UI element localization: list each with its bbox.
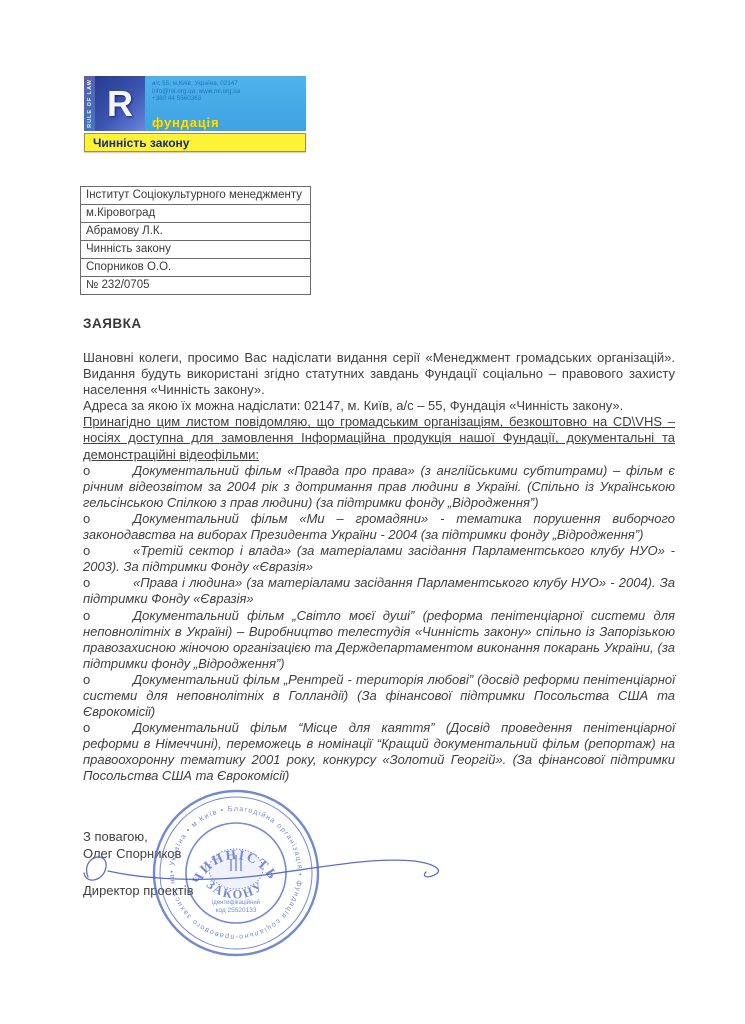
contact-line: +380 44 5560363 [152,95,306,103]
recipient-row-sender-org: Чинність закону [81,241,310,259]
bullet-item: o«Третій сектор і влада» (за матеріалами… [83,543,675,575]
rule-of-law-strip: RULE OF LAW [84,76,95,131]
bullet-text: «Третій сектор і влада» (за матеріалами … [83,543,675,574]
bullet-marker: o [83,672,133,688]
recipient-row-sender-name: Спорников О.О. [81,259,310,277]
letterhead-band: Чинність закону [84,133,306,152]
bullet-text: Документальний фільм “Місце для каяття” … [83,720,675,783]
recipient-row-ref-number: № 232/0705 [81,277,310,295]
band-label: Чинність закону [93,136,189,150]
letterhead: RULE OF LAW R а/с 55, м.Київ, Україна, 0… [84,76,306,152]
recipient-row-city: м.Кіровоград [81,205,310,223]
fund-label: фундація [152,115,219,130]
bullet-marker: o [83,608,133,624]
contact-line: а/с 55, м.Київ, Україна, 02147 [152,80,306,88]
bullet-marker: o [83,511,133,527]
recipient-row-addressee: Абрамову Л.К. [81,223,310,241]
bullet-marker: o [83,720,133,736]
stamp-code-label: ідентифікаційний [212,899,260,906]
paragraph-address: Адреса за якою їх можна надіслати: 02147… [83,398,675,414]
bullet-marker: o [83,463,133,479]
recipient-row-organization: Інститут Соціокультурного менеджменту [81,187,310,205]
contact-line: info@rol.org.ua, www.rol.org.ua [152,88,306,96]
stamp-code-value: код 25520133 [216,907,257,914]
bullet-item: oДокументальний фільм „Рентрей - територ… [83,672,675,720]
rule-of-law-label: RULE OF LAW [87,79,93,128]
bullet-text: «Права і людина» (за матеріалами засідан… [83,575,675,606]
bullet-item: oДокументальний фільм «Правда про права»… [83,463,675,511]
letter-title: ЗАЯВКА [83,316,142,331]
bullet-text: Документальний фільм «Правда про права» … [83,463,675,510]
logo-r-icon: R [107,86,133,122]
recipient-table: Інститут Соціокультурного менеджменту м.… [80,186,311,295]
bullet-item: oДокументальний фільм „Світло моєї душі”… [83,608,675,672]
bullet-text: Документальний фільм „Світло моєї душі” … [83,608,675,671]
signature-scribble [74,843,459,895]
bullet-item: o«Права і людина» (за матеріалами засіда… [83,575,675,607]
bullet-text: Документальний фільм «Ми – громадяни» - … [83,511,675,542]
bullet-marker: o [83,575,133,591]
bullet-marker: o [83,543,133,559]
paragraph-announcement: Принагідно цим листом повідомляю, що гро… [83,414,675,462]
logo-square: R [95,76,145,131]
paragraph-request: Шановні колеги, просимо Вас надіслати ви… [83,350,675,398]
scanned-letter-page: RULE OF LAW R а/с 55, м.Київ, Україна, 0… [0,0,745,1024]
letterhead-logo: RULE OF LAW R а/с 55, м.Київ, Україна, 0… [84,76,306,131]
bullet-item: oДокументальний фільм «Ми – громадяни» -… [83,511,675,543]
letterhead-contact-area: а/с 55, м.Київ, Україна, 02147 info@rol.… [145,76,306,131]
letter-body: Шановні колеги, просимо Вас надіслати ви… [83,350,675,785]
bullet-text: Документальний фільм „Рентрей - територі… [83,672,675,719]
bullet-item: oДокументальний фільм “Місце для каяття”… [83,720,675,784]
